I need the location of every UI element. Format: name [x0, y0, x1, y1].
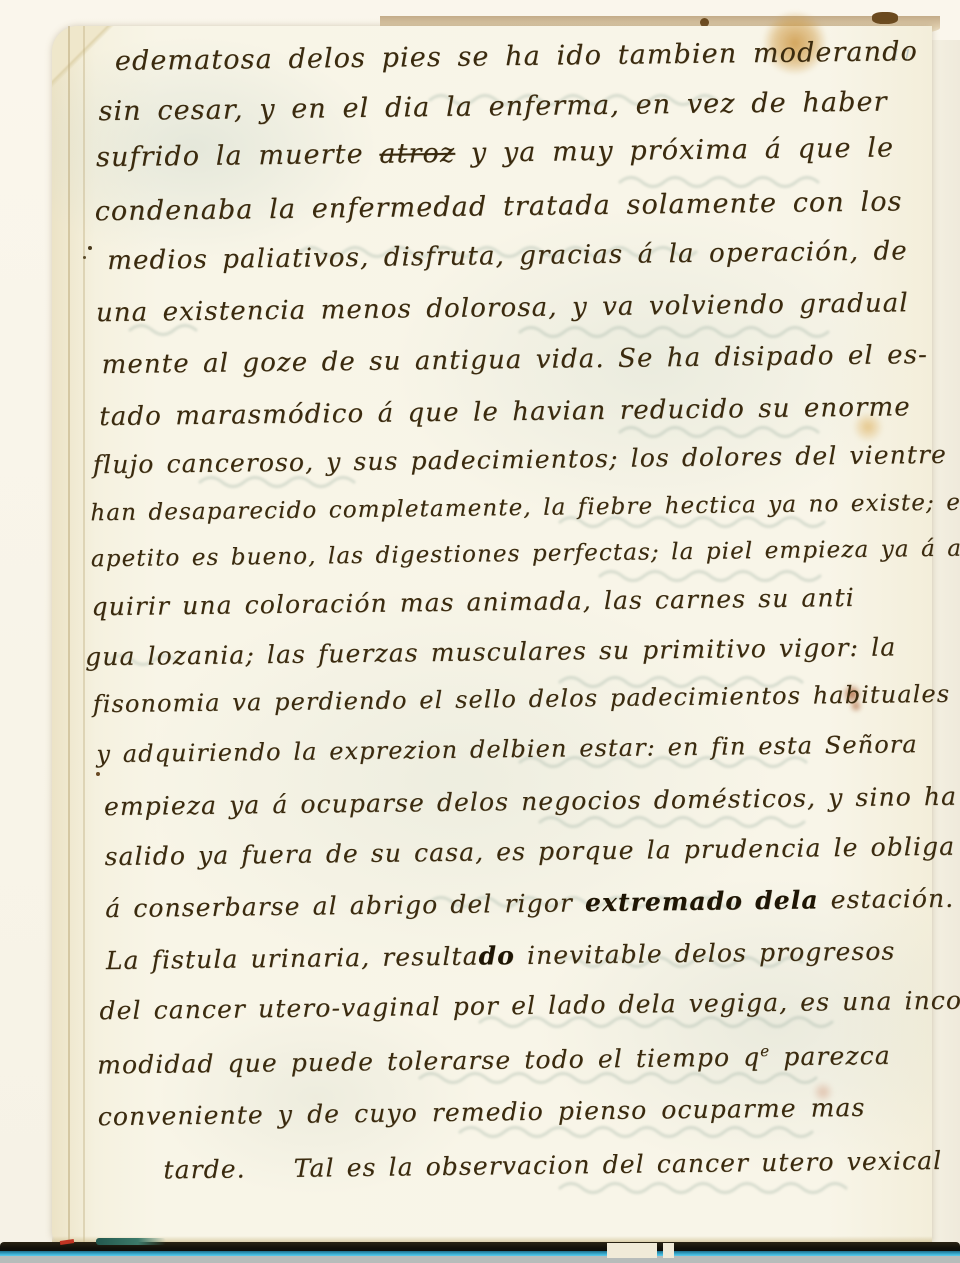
manuscript-line-5: medios paliativos, disfruta, gracias á l… — [107, 236, 908, 276]
manuscript-line-1: edematosa delos pies se ha ido tambien m… — [115, 36, 918, 77]
teal-sliver-bottom-left — [96, 1238, 166, 1245]
manuscript-text-layer: edematosa delos pies se ha ido tambien m… — [0, 0, 960, 1263]
scanner-bottom-strip — [0, 1256, 960, 1263]
manuscript-line-23: tarde.Tal es la observacion del cancer u… — [163, 1146, 942, 1185]
manuscript-line-17: salido ya fuera de su casa, es porque la… — [104, 832, 955, 871]
manuscript-line-14: fisonomia va perdiendo el sello delos pa… — [93, 680, 951, 718]
manuscript-line-15: y adquiriendo la exprezion delbien estar… — [96, 730, 918, 768]
manuscript-line-18: á conserbarse al abrigo del rigor extrem… — [105, 884, 954, 923]
manuscript-line-8: tado marasmódico á que le havian reducid… — [99, 392, 911, 432]
bottom-paper-notch — [663, 1243, 674, 1258]
manuscript-line-10: han desaparecido completamente, la fiebr… — [90, 490, 960, 527]
manuscript-line-7: mente al goze de su antigua vida. Se ha … — [101, 340, 928, 380]
manuscript-line-21: modidad que puede tolerarse todo el tiem… — [97, 1041, 891, 1080]
manuscript-line-13: gua lozania; las fuerzas musculares su p… — [85, 632, 896, 671]
manuscript-line-19: La fistula urinaria, resultado inevitabl… — [106, 936, 896, 975]
manuscript-line-22: conveniente y de cuyo remedio pienso ocu… — [98, 1093, 866, 1131]
bottom-paper-notch — [607, 1243, 657, 1258]
manuscript-line-4: condenaba la enfermedad tratada solament… — [95, 186, 903, 227]
manuscript-line-6: una existencia menos dolorosa, y va volv… — [96, 288, 909, 328]
manuscript-line-9: flujo canceroso, y sus padecimientos; lo… — [93, 440, 947, 479]
manuscript-line-3: sufrido la muerte atroz y ya muy próxima… — [96, 132, 894, 173]
manuscript-line-11: apetito es bueno, las digestiones perfec… — [91, 535, 960, 572]
manuscript-line-2: sin cesar, y en el dia la enferma, en ve… — [98, 87, 887, 128]
manuscript-line-20: del cancer utero-vaginal por el lado del… — [99, 986, 960, 1026]
manuscript-line-16: empieza ya á ocuparse delos negocios dom… — [104, 782, 957, 821]
scanned-manuscript-page: 11 edematosa delos pies se ha ido tambie… — [0, 0, 960, 1263]
manuscript-line-12: quirir una coloración mas animada, las c… — [91, 583, 855, 621]
